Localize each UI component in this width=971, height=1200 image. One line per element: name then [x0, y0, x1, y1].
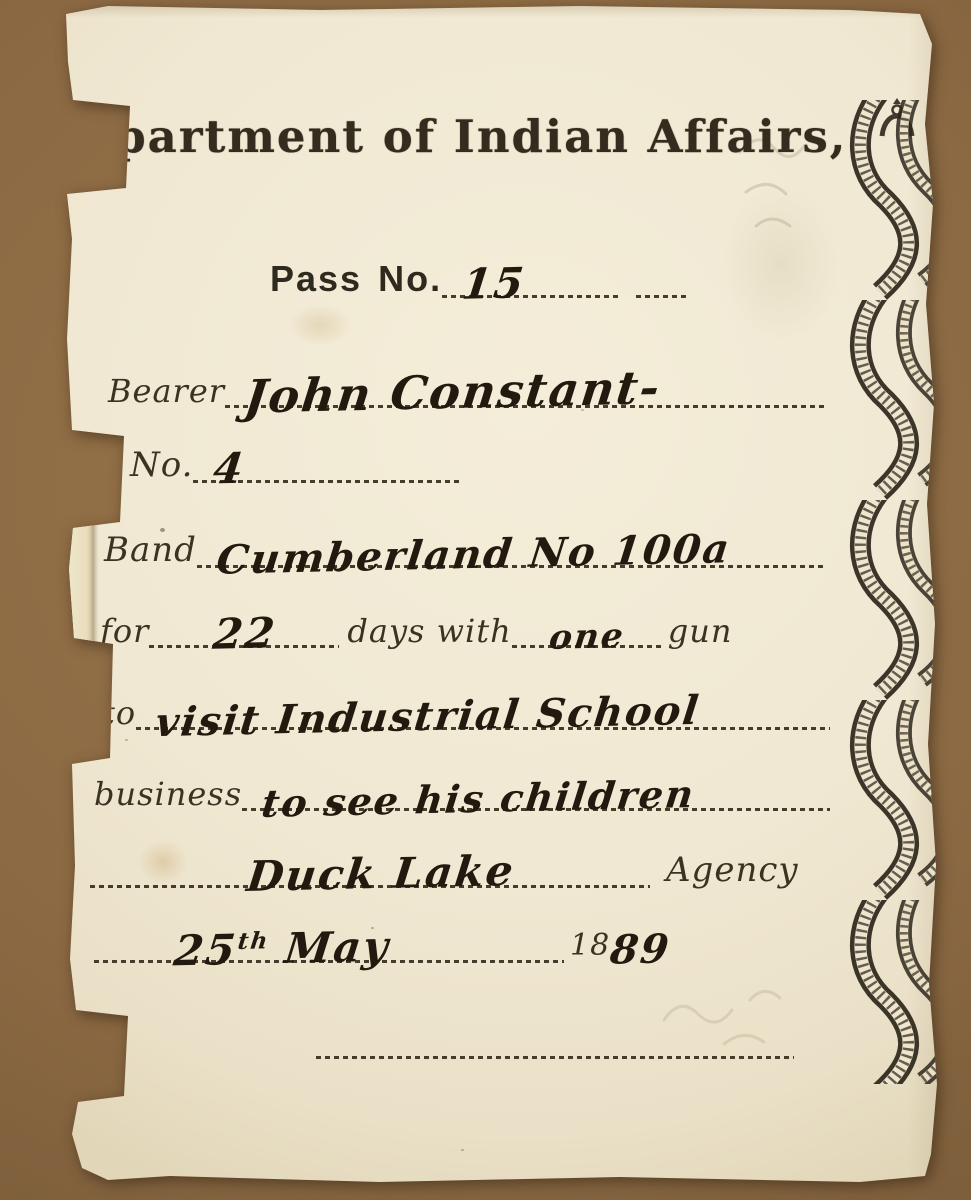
bearer-field: John Constant-: [225, 343, 824, 421]
document-content: Department of Indian Affairs, Pass No. 1…: [20, 4, 954, 1190]
document-title: Department of Indian Affairs,: [20, 110, 870, 163]
purpose-value: visit Industrial School: [153, 694, 702, 749]
no-field: 4: [193, 418, 461, 496]
agency-label: Agency: [666, 853, 799, 901]
bearer-value: John Constant-: [242, 368, 664, 425]
pass-number-field-extra: [636, 233, 686, 311]
cardboard-backing: Department of Indian Affairs, Pass No. 1…: [0, 0, 971, 1200]
business-value: to see his children: [259, 778, 697, 829]
agency-line: Duck Lake Agency: [90, 823, 830, 901]
business-label: business: [94, 778, 242, 824]
days-value: 22: [210, 616, 278, 662]
to-label: to: [102, 697, 136, 743]
pass-number-line: Pass No. 15: [270, 233, 750, 311]
for-label: for: [100, 615, 149, 661]
no-value: 4: [211, 451, 248, 496]
signature-line: [316, 1022, 794, 1072]
duration-line: for 22 days with one gun: [100, 583, 830, 661]
purpose-field: visit Industrial School: [136, 665, 830, 743]
guns-value: one: [547, 622, 627, 662]
band-line: Band Cumberland No 100a: [104, 503, 826, 581]
pass-document-page: Department of Indian Affairs, Pass No. 1…: [20, 4, 954, 1190]
bearer-label: Bearer: [108, 375, 225, 421]
days-field: 22: [149, 583, 339, 661]
guns-field: one: [512, 583, 662, 661]
place-field: Duck Lake: [90, 823, 650, 901]
date-field: 25th May: [94, 898, 564, 976]
days-with-label: days with: [347, 615, 511, 661]
band-field: Cumberland No 100a: [197, 503, 826, 581]
pass-no-label: Pass No.: [270, 261, 442, 311]
no-label: No.: [130, 448, 193, 496]
signature-field: [316, 1022, 794, 1072]
date-line: 25th May 18 89: [94, 898, 670, 976]
pass-number-value: 15: [459, 266, 527, 312]
bearer-line: Bearer John Constant-: [108, 343, 824, 421]
band-value: Cumberland No 100a: [214, 532, 733, 587]
year-value: 89: [608, 932, 673, 976]
gun-label: gun: [668, 615, 733, 661]
band-label: Band: [104, 533, 197, 581]
place-value: Duck Lake: [244, 853, 517, 904]
business-field: to see his children: [242, 746, 830, 824]
purpose-line: to visit Industrial School: [102, 665, 830, 743]
pass-number-field: 15: [442, 233, 622, 311]
date-ordinal-suffix: th: [236, 928, 271, 956]
year-century-printed: 18: [570, 931, 610, 976]
business-line: business to see his children: [94, 746, 830, 824]
number-line: No. 4: [130, 418, 461, 496]
date-value: 25th May: [171, 929, 392, 979]
